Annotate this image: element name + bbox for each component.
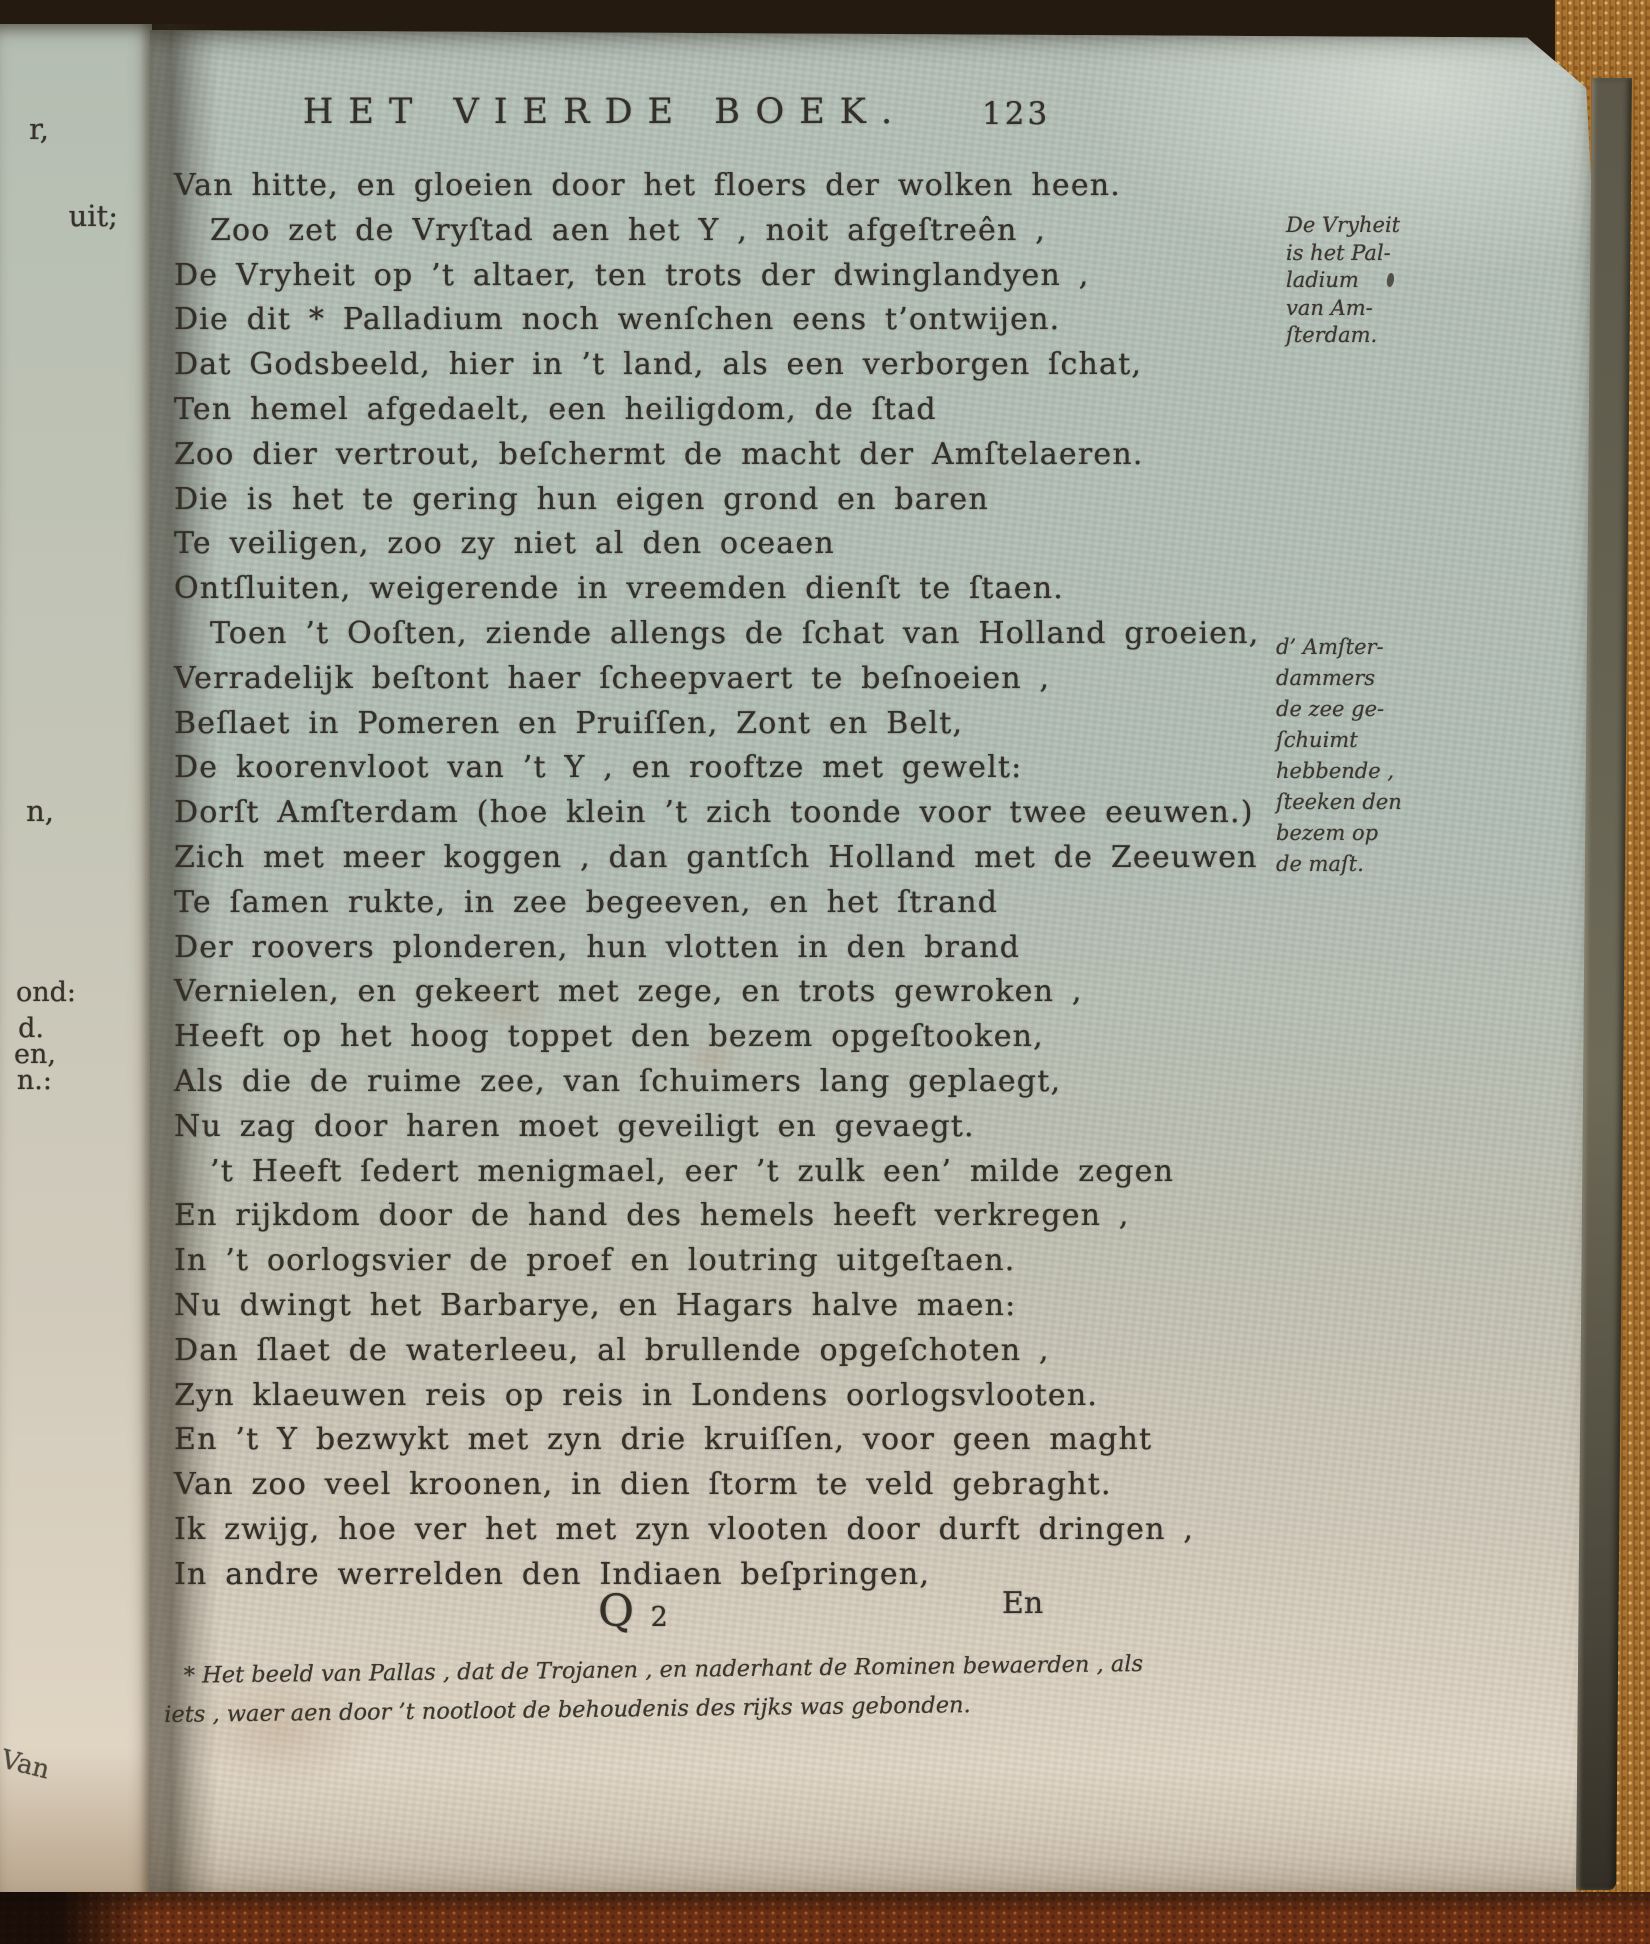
quire-signature: Q 2 xyxy=(598,1586,672,1637)
margin-note-line: van Am- xyxy=(1286,295,1471,323)
poem-line: Zoo dier vertrout, beſchermt de macht de… xyxy=(174,433,1364,478)
poem-line: Dan ſlaet de waterleeu, al brullende opg… xyxy=(174,1329,1364,1374)
poem-line: Verradelijk beſtont haer ſcheepvaert te … xyxy=(174,657,1364,702)
poem-line: Toen ’t Ooſten, ziende allengs de ſchat … xyxy=(174,612,1364,657)
facing-page-text-fragment: ond: xyxy=(16,977,76,1008)
margin-note-line: d’ Amſter- xyxy=(1276,632,1461,663)
poem-line: De koorenvloot van ’t Y , en rooftze met… xyxy=(174,746,1364,791)
poem-line: Ontſluiten, weigerende in vreemden dienſ… xyxy=(174,567,1364,612)
margin-note-line: is het Pal- xyxy=(1286,240,1471,268)
poem-line: ’t Heeft ſedert menigmael, eer ’t zulk e… xyxy=(174,1150,1364,1195)
page-number: 123 xyxy=(982,96,1050,132)
margin-note-line: bezem op xyxy=(1276,818,1461,849)
poem-line: Van zoo veel kroonen, in dien ſtorm te v… xyxy=(174,1463,1364,1508)
poem-text: Van hitte, en gloeien door het floers de… xyxy=(174,164,1364,1598)
poem-line: Te ſamen rukte, in zee begeeven, en het … xyxy=(174,881,1364,926)
book-page: HET VIERDE BOEK. 123 Van hitte, en gloei… xyxy=(150,30,1592,1898)
poem-line: Als die de ruime zee, van ſchuimers lang… xyxy=(174,1060,1364,1105)
margin-note-line: dammers xyxy=(1276,663,1461,694)
poem-line: Van hitte, en gloeien door het floers de… xyxy=(174,164,1364,209)
poem-line: Zich met meer koggen , dan gantſch Holla… xyxy=(174,836,1364,881)
poem-line: Ten hemel afgedaelt, een heiligdom, de ſ… xyxy=(174,388,1364,433)
poem-line: In andre werrelden den Indiaen beſpringe… xyxy=(174,1553,1364,1598)
poem-line: Nu dwingt het Barbarye, en Hagars halve … xyxy=(174,1284,1364,1329)
facing-page-text-fragment: n, xyxy=(26,794,54,828)
running-header: HET VIERDE BOEK. xyxy=(215,92,995,132)
margin-note-line: ladium xyxy=(1286,267,1471,295)
poem-line: En rijkdom door de hand des hemels heeft… xyxy=(174,1194,1364,1239)
margin-note-palladium: De Vryheitis het Pal-ladiumvan Am-ſterda… xyxy=(1286,212,1471,350)
poem-line: Vernielen, en gekeert met zege, en trots… xyxy=(174,970,1364,1015)
margin-note-line: de zee ge- xyxy=(1276,694,1461,725)
margin-note-line: ſchuimt xyxy=(1276,725,1461,756)
margin-note-line: hebbende , xyxy=(1276,756,1461,787)
margin-note-line: ſterdam. xyxy=(1286,322,1471,350)
poem-line: Ik zwijg, hoe ver het met zyn vlooten do… xyxy=(174,1508,1364,1553)
margin-note-line: ſteeken den xyxy=(1276,787,1461,818)
margin-note-line: De Vryheit xyxy=(1286,212,1471,240)
poem-line: Dat Godsbeeld, hier in ’t land, als een … xyxy=(174,343,1364,388)
poem-line: Te veiligen, zoo zy niet al den oceaen xyxy=(174,522,1364,567)
poem-line: Nu zag door haren moet geveiligt en geva… xyxy=(174,1105,1364,1150)
catchword: En xyxy=(1002,1586,1043,1621)
poem-line: De Vryheit op ’t altaer, ten trots der d… xyxy=(174,254,1364,299)
poem-line: Zoo zet de Vryſtad aen het Y , noit afge… xyxy=(174,209,1364,254)
poem-line: Beſlaet in Pomeren en Pruiſſen, Zont en … xyxy=(174,702,1364,747)
cloth-bottom xyxy=(0,1892,1650,1944)
margin-note-line: de maſt. xyxy=(1276,849,1461,880)
poem-line: Die is het te gering hun eigen grond en … xyxy=(174,478,1364,523)
facing-page-text-fragment: Van xyxy=(0,1745,53,1786)
poem-line: In ’t oorlogsvier de proef en loutring u… xyxy=(174,1239,1364,1284)
poem-line: Der roovers plonderen, hun vlotten in de… xyxy=(174,926,1364,971)
facing-page-text-fragment: uit; xyxy=(69,199,118,233)
footnote: * Het beeld van Pallas , dat de Trojanen… xyxy=(176,1643,1297,1735)
poem-line: En ’t Y bezwykt met zyn drie kruiſſen, v… xyxy=(174,1418,1364,1463)
margin-note-bezem: d’ Amſter-dammersde zee ge-ſchuimthebben… xyxy=(1276,632,1461,880)
book-photo: r,uit;n,ond:d.en,n.:Van HET VIERDE BOEK.… xyxy=(0,0,1650,1944)
poem-line: Dorſt Amſterdam (hoe klein ’t zich toond… xyxy=(174,791,1364,836)
poem-line: Heeft op het hoog toppet den bezem opgeſ… xyxy=(174,1015,1364,1060)
poem-line: Zyn klaeuwen reis op reis in Londens oor… xyxy=(174,1374,1364,1419)
facing-page-text-fragment: n.: xyxy=(17,1065,52,1096)
poem-line: Die dit * Palladium noch wenſchen eens t… xyxy=(174,298,1364,343)
facing-page-text-fragment: r, xyxy=(29,112,49,146)
facing-page-edge: r,uit;n,ond:d.en,n.:Van xyxy=(0,24,152,1898)
